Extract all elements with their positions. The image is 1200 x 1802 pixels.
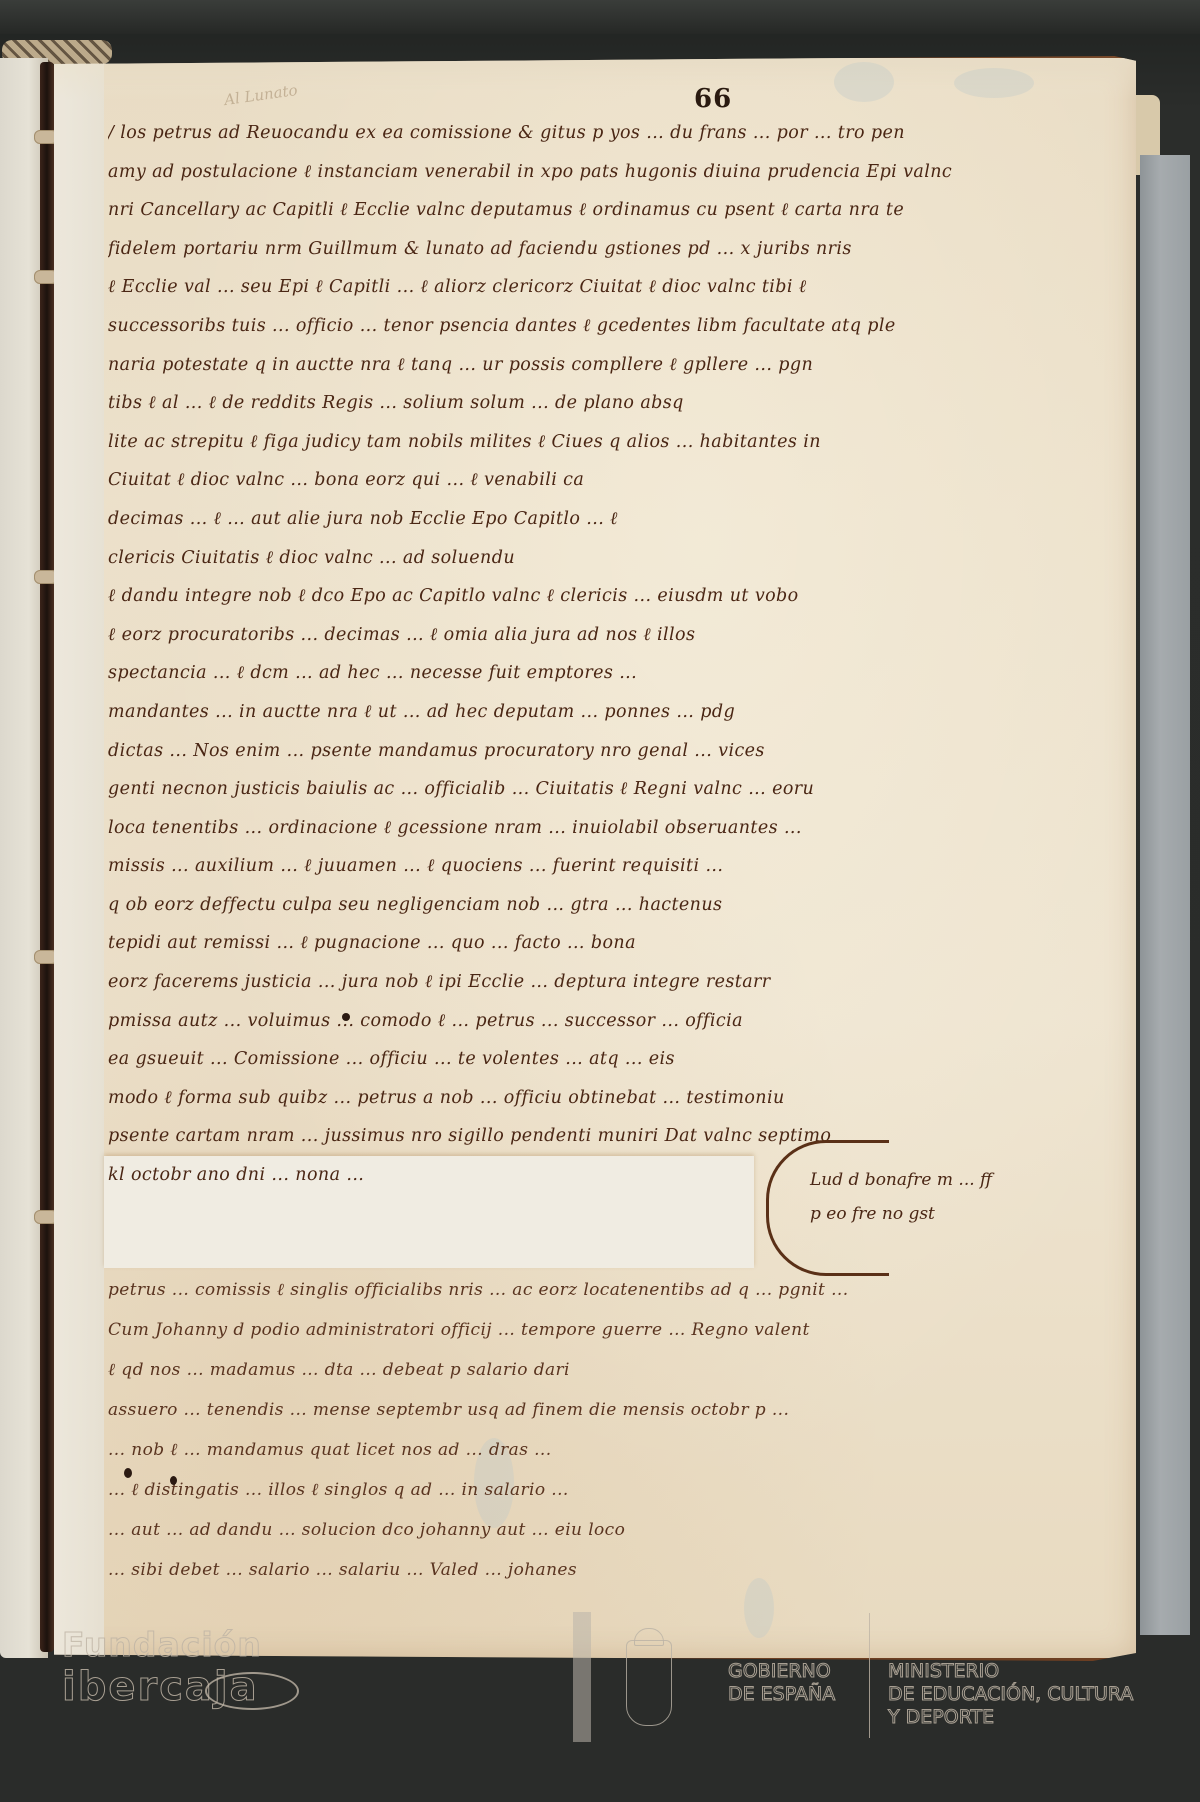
text-line: Cum Johanny d podio administratori offic… <box>108 1310 1138 1350</box>
text-line: petrus ... comissis ℓ singlis officialib… <box>108 1270 1138 1310</box>
text-line: / los petrus ad Reuocandu ex ea comissio… <box>108 114 1138 153</box>
text-line: nri Cancellary ac Capitli ℓ Ecclie valnc… <box>108 191 1138 230</box>
ink-blot <box>124 1468 132 1478</box>
text-line: Ciuitat ℓ dioc valnc ... bona eorz qui .… <box>108 461 1138 500</box>
text-line: ℓ dandu integre nob ℓ dco Epo ac Capitlo… <box>108 577 1138 616</box>
text-line: mandantes ... in auctte nra ℓ ut ... ad … <box>108 693 1138 732</box>
binding-cloth <box>0 0 1200 34</box>
text-line: decimas ... ℓ ... aut alie jura nob Eccl… <box>108 500 1138 539</box>
signature-line-1: Lud d bonafre m ... ff <box>810 1170 992 1190</box>
watermark-ministerio-line3: Y DEPORTE <box>888 1706 1133 1729</box>
ibercaja-logo-icon <box>205 1672 299 1710</box>
text-line: eorz facerems justicia ... jura nob ℓ ip… <box>108 963 1138 1002</box>
main-text-block: / los petrus ad Reuocandu ex ea comissio… <box>108 114 1138 1195</box>
text-line: pmissa autz ... voluimus ... comodo ℓ ..… <box>108 1002 1138 1041</box>
water-stain <box>954 68 1034 98</box>
watermark-ministerio-line1: MINISTERIO <box>888 1660 1133 1683</box>
coat-of-arms-icon <box>626 1640 672 1726</box>
text-line: loca tenentibs ... ordinacione ℓ gcessio… <box>108 809 1138 848</box>
watermark-gobierno-line2: DE ESPAÑA <box>728 1683 835 1706</box>
text-line: missis ... auxilium ... ℓ juuamen ... ℓ … <box>108 847 1138 886</box>
text-line: ... nob ℓ ... mandamus quat licet nos ad… <box>108 1430 1138 1470</box>
text-line: ℓ Ecclie val ... seu Epi ℓ Capitli ... ℓ… <box>108 268 1138 307</box>
text-line: tepidi aut remissi ... ℓ pugnacione ... … <box>108 924 1138 963</box>
watermark-ministerio: MINISTERIO DE EDUCACIÓN, CULTURA Y DEPOR… <box>888 1660 1133 1729</box>
text-line: ... sibi debet ... salario ... salariu .… <box>108 1550 1138 1590</box>
folio-number: 66 <box>694 84 732 114</box>
paper-repair-strip <box>54 58 104 1658</box>
watermark-fundacion: Fundación <box>62 1625 262 1664</box>
text-line: amy ad postulacione ℓ instanciam venerab… <box>108 153 1138 192</box>
text-line: dictas ... Nos enim ... psente mandamus … <box>108 732 1138 771</box>
text-line: clericis Ciuitatis ℓ dioc valnc ... ad s… <box>108 539 1138 578</box>
watermark-gobierno-line1: GOBIERNO <box>728 1660 835 1683</box>
text-line: ℓ qd nos ... madamus ... dta ... debeat … <box>108 1350 1138 1390</box>
manuscript-folio: Al Lunato 66 / los petrus ad Reuocandu e… <box>54 56 1136 1661</box>
binding-gutter <box>40 62 54 1652</box>
ink-blot <box>342 1013 350 1021</box>
notarial-signature: Lud d bonafre m ... ff p eo fre no gst <box>766 1140 1026 1270</box>
grey-backing-card <box>1140 155 1190 1635</box>
text-line: successoribs tuis ... officio ... tenor … <box>108 307 1138 346</box>
text-line: naria potestate q in auctte nra ℓ tanq .… <box>108 346 1138 385</box>
text-line: q ob eorz deffectu culpa seu negligencia… <box>108 886 1138 925</box>
text-line: spectancia ... ℓ dcm ... ad hec ... nece… <box>108 654 1138 693</box>
watermark-gobierno: GOBIERNO DE ESPAÑA <box>728 1660 835 1706</box>
text-line: ... aut ... ad dandu ... solucion dco jo… <box>108 1510 1138 1550</box>
text-line: ... ℓ distingatis ... illos ℓ singlos q … <box>108 1470 1138 1510</box>
text-line: ea gsueuit ... Comissione ... officiu ..… <box>108 1040 1138 1079</box>
text-line: genti necnon justicis baiulis ac ... off… <box>108 770 1138 809</box>
watermark-divider <box>869 1613 870 1738</box>
text-line: fidelem portariu nrm Guillmum & lunato a… <box>108 230 1138 269</box>
scan-background: Al Lunato 66 / los petrus ad Reuocandu e… <box>0 0 1200 1802</box>
text-line: modo ℓ forma sub quibz ... petrus a nob … <box>108 1079 1138 1118</box>
watermark-ministerio-line2: DE EDUCACIÓN, CULTURA <box>888 1683 1133 1706</box>
second-entry-block: petrus ... comissis ℓ singlis officialib… <box>108 1270 1138 1590</box>
signature-line-2: p eo fre no gst <box>810 1204 935 1224</box>
text-line: ℓ eorz procuratoribs ... decimas ... ℓ o… <box>108 616 1138 655</box>
text-line: tibs ℓ al ... ℓ de reddits Regis ... sol… <box>108 384 1138 423</box>
spain-flag-bar-icon <box>573 1612 591 1742</box>
text-line: lite ac strepitu ℓ figa judicy tam nobil… <box>108 423 1138 462</box>
water-stain <box>834 62 894 102</box>
ink-blot <box>170 1476 177 1485</box>
text-line: assuero ... tenendis ... mense septembr … <box>108 1390 1138 1430</box>
